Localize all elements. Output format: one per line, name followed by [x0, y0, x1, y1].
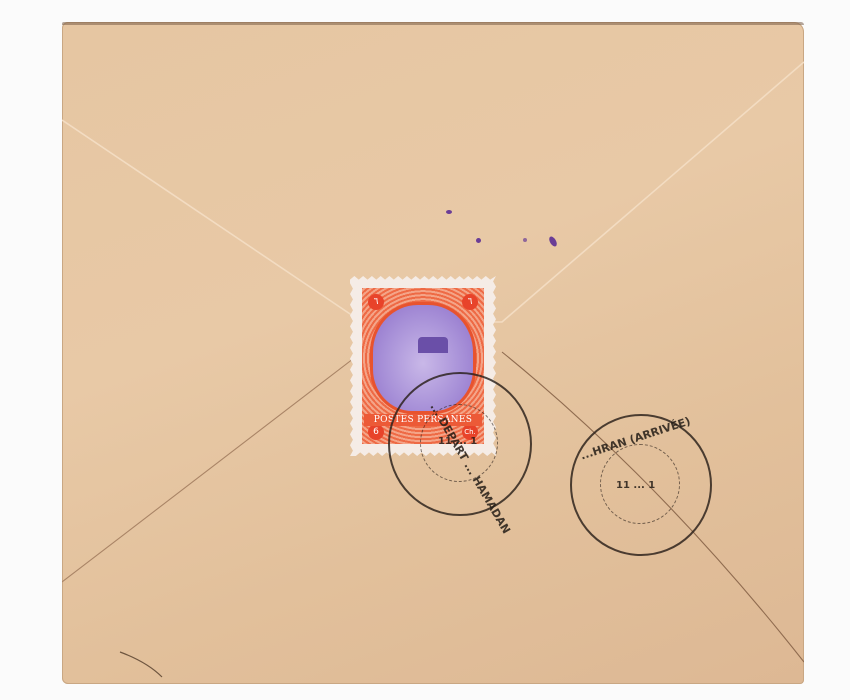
stamp-value-top-right: ٦: [462, 294, 478, 310]
stamp-value-bottom-left: 6: [368, 424, 384, 440]
ink-spot: [446, 210, 452, 214]
portrait-cap: [418, 337, 448, 353]
paper-crease: [120, 652, 162, 677]
stamp-value-top-left: ٦: [368, 294, 384, 310]
postmark-date: 11 ... 1: [438, 436, 477, 447]
ink-spot: [476, 238, 481, 243]
departure-postmark: ... DEPART ... HAMADAN 11 ... 1: [388, 372, 532, 516]
postmark-date: 11 ... 1: [616, 480, 655, 491]
ink-spot: [523, 238, 527, 242]
arrival-postmark: ...HRAN (ARRIVÉE) 11 ... 1: [570, 414, 712, 556]
left-bottom-flap-edge: [62, 352, 362, 582]
